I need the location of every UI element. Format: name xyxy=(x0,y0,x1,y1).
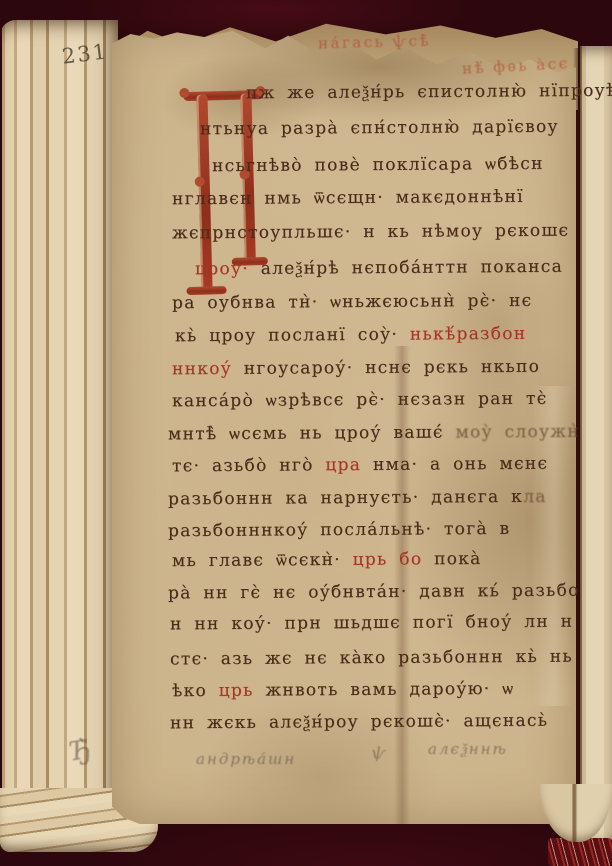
text-line-6: цроу· алеѯн́рѣ нєпоба́нттн поканса xyxy=(195,257,563,280)
text-segment: н нн коу́· прн шьдшє погї бноу́ лн н xyxy=(170,612,573,635)
text-line-15: мь главє ѿсєкн̀· црь бо пока̀ xyxy=(172,549,482,571)
text-segment: мнтѣ̀ ѡсємь нь цроу́ вашє́ xyxy=(168,422,456,444)
text-line-12: тє· азьбо̀ нго̀ цра нма· а онь мєнє xyxy=(172,454,548,477)
text-segment: мь главє ѿсєкн̀· xyxy=(172,550,353,571)
text-line-16: ра̀ нн гє̀ нє оу́бнвта́н· давн кь́ разьб… xyxy=(168,581,580,604)
text-line-4: нглавєн нмь ѿсєщн· макєдоннѣнї xyxy=(172,187,524,209)
text-line-7: ра оубнва тн̀· ѡньжєюсьнн̀ рє̀· нє xyxy=(172,291,533,314)
text-line-9: ннкоу́ нгоусароу́· нснє рєкь нкьпо xyxy=(172,357,540,380)
text-segment: разьбоннн ка нарнуєть· данєга к xyxy=(168,487,523,509)
text-line-13: разьбоннн ка нарнуєть· данєга кла xyxy=(168,487,547,510)
text-segment: нтьнуа разра̀ єпн́столню̀ дарїєвоу xyxy=(200,117,559,140)
rubric-word: нькѣ́разбон xyxy=(410,324,527,345)
text-segment: нглавєн нмь ѿсєщн· макєдоннѣнї xyxy=(172,187,524,209)
text-segment: ла xyxy=(523,487,547,507)
rubric-word: црь бо xyxy=(353,549,423,569)
text-segment: пж же алеѯн́рь єпистолню̀ нїпроуѣ xyxy=(246,81,612,104)
marginalia-note: ѱ xyxy=(372,744,388,762)
text-line-11: мнтѣ̀ ѡсємь нь цроу́ вашє́ моу̀ слоужн̀ xyxy=(168,422,580,445)
text-line-14: разьбонннкоу́ посла́льнѣ· тога̀ в xyxy=(168,519,511,541)
text-segment: нн жєкь алєѯн́роу рєкошє̀· ащєнась̀ xyxy=(170,711,548,734)
text-segment: разьбонннкоу́ посла́льнѣ· тога̀ в xyxy=(168,519,511,541)
text-segment: ра̀ нн гє̀ нє оу́бнвта́н· давн кь́ разьб… xyxy=(168,581,580,604)
text-line-10: канса́ро̀ ѡзрѣвсє рє̀· нєзазн ран тє̀ xyxy=(172,389,548,412)
text-line-5: жєпрнстоупльшє· н кь нѣмоу рєкошє xyxy=(172,221,569,244)
rubric-word: црь xyxy=(219,681,254,701)
text-segment: моу̀ слоужн̀ xyxy=(455,422,580,443)
text-line-2: нтьнуа разра̀ єпн́столню̀ дарїєвоу xyxy=(200,117,559,140)
text-line-8: кь̀ цроу посланї соу̀· нькѣ́разбон xyxy=(175,324,527,346)
rubric-word: ннкоу́ xyxy=(172,359,244,380)
text-segment: ра оубнва тн̀· ѡньжєюсьнн̀ рє̀· нє xyxy=(172,291,533,314)
text-line-19: ѣко црь жнвоть вамь дароу́ю· ѡ xyxy=(172,679,514,701)
text-segment: канса́ро̀ ѡзрѣвсє рє̀· нєзазн ран тє̀ xyxy=(172,389,548,412)
text-line-1: пж же алеѯн́рь єпистолню̀ нїпроуѣ xyxy=(246,81,612,104)
text-segment: нма· а онь мєнє xyxy=(361,454,548,475)
text-segment: стє· азь жє нє ка̀ко разьбоннн кь̀ нь xyxy=(170,647,573,670)
text-segment: тє· азьбо̀ нго̀ xyxy=(172,455,325,476)
rubric-word: цроу· xyxy=(195,259,261,279)
text-segment: ѣко xyxy=(172,681,219,701)
book-photo: 231 на́гась ѱсѣ̀ нѣ́ фѳь а̀сє пж же алеѯ… xyxy=(0,0,612,866)
text-segment: жнвоть вамь дароу́ю· ѡ xyxy=(254,679,515,701)
text-block: пж же алеѯн́рь єпистолню̀ нїпроуѣнтьнуа … xyxy=(0,0,612,866)
text-segment: алеѯн́рѣ нєпоба́нттн поканса xyxy=(261,257,563,279)
rubric-word: цра xyxy=(325,455,361,475)
text-segment: пока̀ xyxy=(422,549,481,569)
marginalia-note: андрѣа́шн xyxy=(196,750,296,768)
text-segment: кь̀ цроу посланї соу̀· xyxy=(175,325,410,347)
text-line-20: нн жєкь алєѯн́роу рєкошє̀· ащєнась̀ xyxy=(170,711,548,734)
text-line-18: стє· азь жє нє ка̀ко разьбоннн кь̀ нь xyxy=(170,647,573,670)
text-segment: жєпрнстоупльшє· н кь нѣмоу рєкошє xyxy=(172,221,569,244)
marginalia-note: алєѯннѣ xyxy=(428,740,508,759)
text-segment: нсьгнѣво̀ повѐ поклїсара ѡбѣсн xyxy=(212,154,544,176)
text-line-17: н нн коу́· прн шьдшє погї бноу́ лн н xyxy=(170,612,573,635)
text-segment: нгоусароу́· нснє рєкь нкьпо xyxy=(244,357,541,379)
text-line-3: нсьгнѣво̀ повѐ поклїсара ѡбѣсн xyxy=(212,154,544,176)
